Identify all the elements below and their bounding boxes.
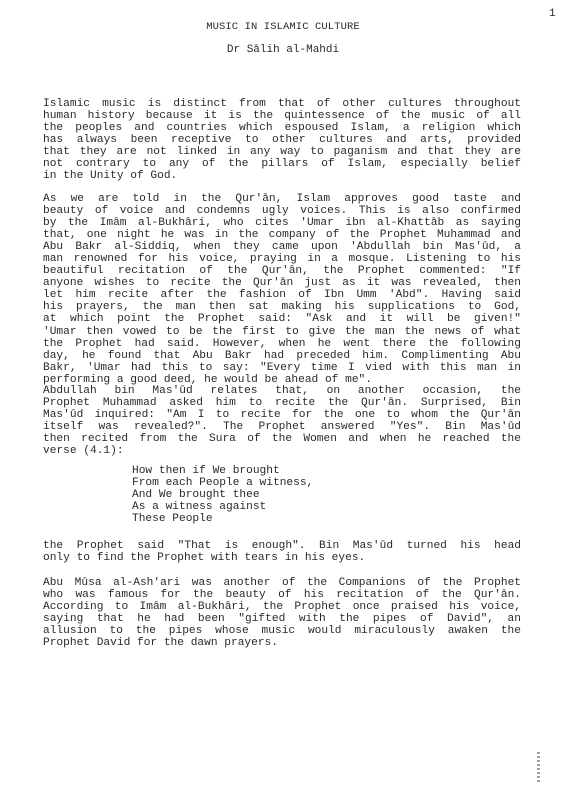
verse-line: These People — [132, 513, 313, 525]
text-line: Prophet David for the dawn prayers. — [43, 637, 521, 649]
text-line: that, one night he was in the company of… — [43, 229, 521, 241]
paragraph-1: Islamic music is distinct from that of o… — [43, 98, 521, 182]
text-line: allusion to the pipes whose music would … — [43, 625, 521, 637]
text-line: Islamic music is distinct from that of o… — [43, 98, 521, 110]
paragraph-3: Abdullah bin Mas'ūd relates that, on ano… — [43, 385, 521, 457]
text-line: his prayers, the man then sat making his… — [43, 301, 521, 313]
text-line: According to Imām al-Bukhāri, the Prophe… — [43, 601, 521, 613]
text-line: 'Umar then vowed to be the first to give… — [43, 326, 521, 338]
text-line: who was famous for the beauty of his rec… — [43, 589, 521, 601]
text-line: at which point the Prophet said: "Ask an… — [43, 313, 521, 325]
text-line: the peoples and countries which espoused… — [43, 122, 521, 134]
paragraph: As we are told in the Qur'ān, Islam appr… — [43, 193, 521, 386]
scan-artifact-mark — [537, 752, 540, 782]
text-line: itself was revealed?". The Prophet answe… — [43, 421, 521, 433]
verse-line: And We brought thee — [132, 489, 313, 501]
text-line: anyone wishes to recite the Qur'ān just … — [43, 277, 521, 289]
text-line: Mas'ūd inquired: "Am I to recite for the… — [43, 409, 521, 421]
verse-line: From each People a witness, — [132, 477, 313, 489]
text-line: As we are told in the Qur'ān, Islam appr… — [43, 193, 521, 205]
page-number: 1 — [549, 8, 556, 20]
text-line: has always been receptive to other cultu… — [43, 134, 521, 146]
text-line: only to find the Prophet with tears in h… — [43, 552, 521, 564]
paragraph: Islamic music is distinct from that of o… — [43, 98, 521, 182]
text-line: the Prophet said "That is enough". Bin M… — [43, 540, 521, 552]
text-line: Prophet Muhammad asked him to recite the… — [43, 397, 521, 409]
text-line: the Prophet had said. However, when he w… — [43, 338, 521, 350]
paragraph: the Prophet said "That is enough". Bin M… — [43, 540, 521, 564]
text-line: saying that he had been "gifted with the… — [43, 613, 521, 625]
text-line: beauty of voice and condemns ugly voices… — [43, 205, 521, 217]
text-line: Abdullah bin Mas'ūd relates that, on ano… — [43, 385, 521, 397]
text-line: not contrary to any of the pillars of Is… — [43, 158, 521, 170]
verse-line: As a witness against — [132, 501, 313, 513]
text-line: then recited from the Sura of the Women … — [43, 433, 521, 445]
text-line: man renowned for his voice, praying in a… — [43, 253, 521, 265]
text-line: day, he found that Abu Bakr had preceded… — [43, 350, 521, 362]
text-line: Abu Bakr al-Siddiq, when they came upon … — [43, 241, 521, 253]
author-line: Dr Sālih al-Mahdi — [0, 44, 566, 56]
text-line: beautiful recitation of the Qur'ān, the … — [43, 265, 521, 277]
paragraph: Abdullah bin Mas'ūd relates that, on ano… — [43, 385, 521, 457]
paragraph-5: Abu Mūsa al-Ash'ari was another of the C… — [43, 577, 521, 649]
text-line: in the Unity of God. — [43, 170, 521, 182]
verse-line: How then if We brought — [132, 465, 313, 477]
text-line: that they are not linked in any way to p… — [43, 146, 521, 158]
text-line: let him recite after the fashion of Ibn … — [43, 289, 521, 301]
quran-verse-block: How then if We broughtFrom each People a… — [132, 465, 313, 525]
text-line: by the Imām al-Bukhāri, who cites 'Umar … — [43, 217, 521, 229]
text-line: Abu Mūsa al-Ash'ari was another of the C… — [43, 577, 521, 589]
paragraph-2: As we are told in the Qur'ān, Islam appr… — [43, 193, 521, 386]
text-line: human history because it is the quintess… — [43, 110, 521, 122]
text-line: verse (4.1): — [43, 445, 521, 457]
text-line: Bakr, 'Umar had this to say: "Every time… — [43, 362, 521, 374]
paragraph-4: the Prophet said "That is enough". Bin M… — [43, 540, 521, 564]
text-line: performing a good deed, he would be ahea… — [43, 374, 521, 386]
paragraph: Abu Mūsa al-Ash'ari was another of the C… — [43, 577, 521, 649]
document-title: MUSIC IN ISLAMIC CULTURE — [0, 21, 566, 33]
